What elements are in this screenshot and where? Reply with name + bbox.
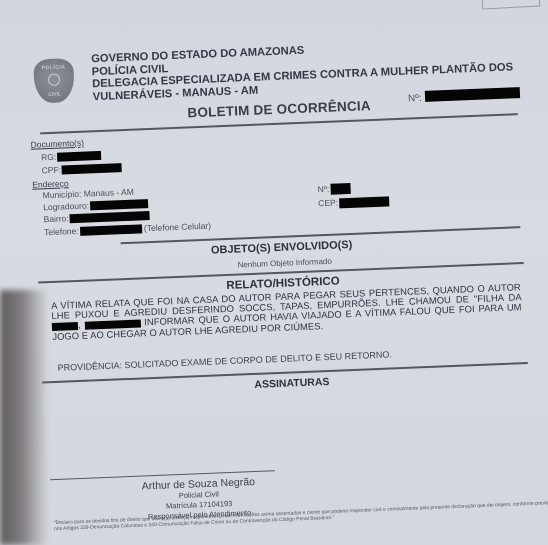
bairro-redaction xyxy=(69,211,149,223)
report-number-redaction xyxy=(425,87,520,102)
documents-section-label: Documento(s) xyxy=(30,138,84,150)
cpf-redaction xyxy=(62,163,122,174)
logradouro-redaction xyxy=(90,199,148,210)
finger-shadow xyxy=(0,290,48,545)
cep-field: CEP: xyxy=(318,195,389,209)
rg-label: RG: xyxy=(41,152,57,163)
badge-emblem-icon xyxy=(48,74,60,86)
cpf-field: CPF: xyxy=(41,162,122,175)
rg-redaction xyxy=(57,151,101,162)
badge-top-text: POLÍCIA xyxy=(33,58,73,72)
bairro-field: Bairro: xyxy=(43,210,149,224)
bairro-label: Bairro: xyxy=(43,213,68,224)
cep-redaction xyxy=(339,196,389,208)
cep-label: CEP: xyxy=(318,197,338,208)
telefone-type: (Telefone Celular) xyxy=(144,221,211,234)
municipio-label: Município: xyxy=(42,189,81,201)
numero-field: Nº: xyxy=(317,183,350,196)
municipio-value: Manaus - AM xyxy=(84,187,134,199)
logradouro-label: Logradouro: xyxy=(43,200,89,212)
report-number-label: Nº: xyxy=(408,93,422,105)
cpf-label: CPF: xyxy=(41,165,61,176)
telefone-redaction xyxy=(79,225,141,236)
police-badge-icon: POLÍCIA CIVIL xyxy=(33,58,75,104)
objects-section-title: OBJETO(S) ENVOLVIDO(S) xyxy=(211,239,353,257)
badge-bottom-text: CIVIL xyxy=(35,91,75,99)
address-section-label: Endereço xyxy=(32,178,69,189)
document-title: BOLETIM DE OCORRÊNCIA xyxy=(187,98,371,120)
telefone-label: Telefone: xyxy=(44,226,79,237)
numero-redaction xyxy=(330,183,350,195)
report-narrative: A VÍTIMA RELATA QUE FOI NA CASA DO AUTOR… xyxy=(51,282,522,342)
objects-value: Nenhum Objeto Informado xyxy=(237,257,332,270)
numero-label: Nº: xyxy=(317,184,329,194)
rg-field: RG: xyxy=(41,150,101,163)
signatures-section-title: ASSINATURAS xyxy=(254,376,329,391)
police-report-page: POLÍCIA CIVIL GOVERNO DO ESTADO DO AMAZO… xyxy=(22,10,547,545)
